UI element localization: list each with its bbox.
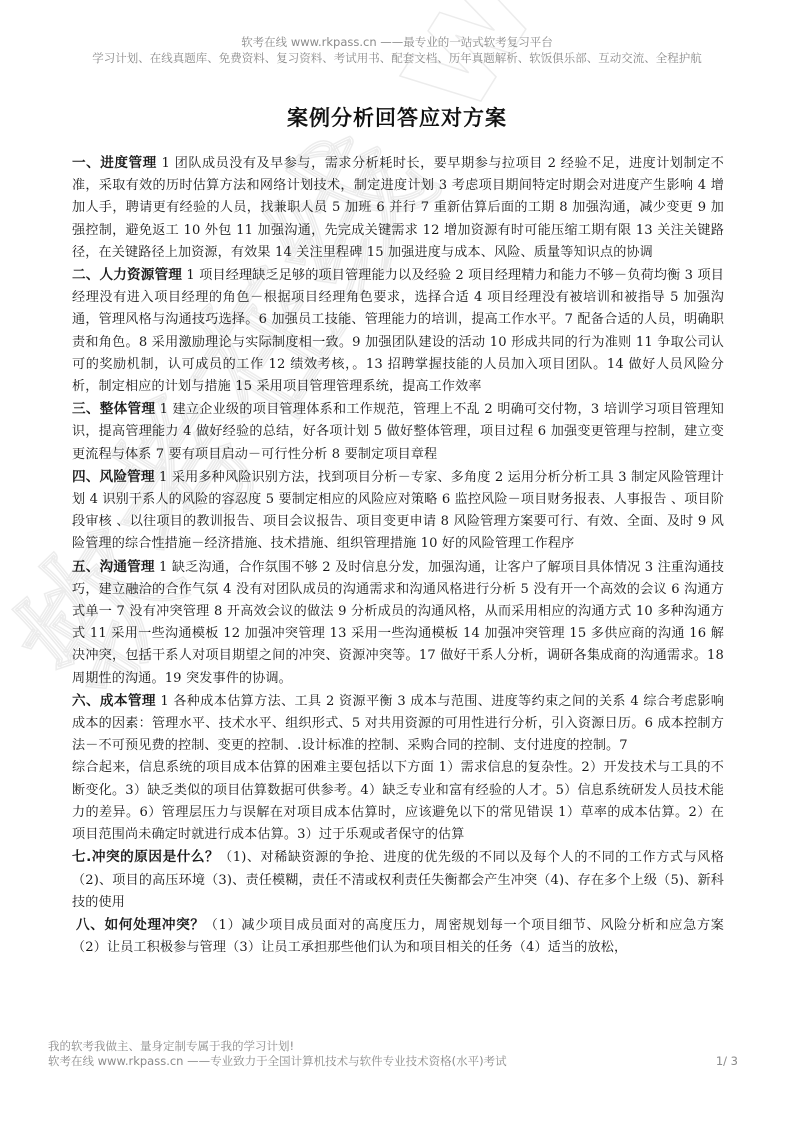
section-integration: 三、整体管理 1 建立企业级的项目管理体系和工作规范，管理上不乱 2 明确可交付… xyxy=(72,398,724,466)
section-text: 1 团队成员没有及早参与，需求分析耗时长，要早期参与拉项目 2 经验不足，进度计… xyxy=(72,156,724,260)
section-heading: 六、成本管理 xyxy=(72,693,156,709)
section-text: 综合起来，信息系统的项目成本估算的困难主要包括以下方面 1）需求信息的复杂性。2… xyxy=(72,760,724,842)
section-heading: 三、整体管理 xyxy=(72,401,155,417)
section-text: 1 建立企业级的项目管理体系和工作规范，管理上不乱 2 明确可交付物，3 培训学… xyxy=(72,402,724,461)
footer-line-2: 软考在线 www.rkpass.cn ——专业致力于全国计算机技术与软件专业技术… xyxy=(48,1054,507,1069)
section-human-resources: 二、人力资源管理 1 项目经理缺乏足够的项目管理能力以及经验 2 项目经理精力和… xyxy=(72,264,724,398)
section-cost: 六、成本管理 1 各种成本估算方法、工具 2 资源平衡 3 成本与范围、进度等约… xyxy=(72,690,724,758)
section-conflict-handling: 八、如何处理冲突？（1）减少项目成员面对的高度压力，周密规划每一个项目细节、风险… xyxy=(72,914,724,959)
section-cost-summary: 综合起来，信息系统的项目成本估算的困难主要包括以下方面 1）需求信息的复杂性。2… xyxy=(72,757,724,846)
page-header: 软考在线 www.rkpass.cn ——最专业的一站式软考复习平台 学习计划、… xyxy=(0,34,794,66)
section-heading: 七.冲突的原因是什么？ xyxy=(72,849,219,865)
header-line-1: 软考在线 www.rkpass.cn ——最专业的一站式软考复习平台 xyxy=(0,34,794,50)
section-risk: 四、风险管理 1 采用多种风险识别方法，找到项目分析－专家、多角度 2 运用分析… xyxy=(72,466,724,556)
section-schedule: 一、进度管理 1 团队成员没有及早参与，需求分析耗时长，要早期参与拉项目 2 经… xyxy=(72,152,724,264)
section-text: 1 采用多种风险识别方法，找到项目分析－专家、多角度 2 运用分析分析工具 3 … xyxy=(72,470,724,552)
document-body: 一、进度管理 1 团队成员没有及早参与，需求分析耗时长，要早期参与拉项目 2 经… xyxy=(72,152,724,959)
page-footer: 我的软考我做主、量身定制专属于我的学习计划! 软考在线 www.rkpass.c… xyxy=(48,1039,738,1069)
section-text: 1 项目经理缺乏足够的项目管理能力以及经验 2 项目经理精力和能力不够－负荷均衡… xyxy=(72,268,724,394)
section-text: 1 各种成本估算方法、工具 2 资源平衡 3 成本与范围、进度等约束之间的关系 … xyxy=(72,694,724,753)
section-heading: 五、沟通管理 xyxy=(72,559,155,575)
section-heading: 二、人力资源管理 xyxy=(72,267,182,283)
section-heading: 八、如何处理冲突？ xyxy=(76,917,205,933)
section-text: 1 缺乏沟通，合作氛围不够 2 及时信息分发，加强沟通，让客户了解项目具体情况 … xyxy=(72,560,724,686)
footer-line-1: 我的软考我做主、量身定制专属于我的学习计划! xyxy=(48,1039,738,1054)
document-title: 案例分析回答应对方案 xyxy=(0,102,794,132)
section-communication: 五、沟通管理 1 缺乏沟通，合作氛围不够 2 及时信息分发，加强沟通，让客户了解… xyxy=(72,556,724,690)
section-heading: 四、风险管理 xyxy=(72,469,155,485)
page-number: 1/ 3 xyxy=(716,1054,738,1069)
section-heading: 一、进度管理 xyxy=(72,155,157,171)
header-line-2: 学习计划、在线真题库、免费资料、复习资料、考试用书、配套文档、历年真题解析、软饭… xyxy=(0,50,794,66)
section-conflict-causes: 七.冲突的原因是什么？（1)、对稀缺资源的争抢、进度的优先级的不同以及每个人的不… xyxy=(72,846,724,914)
